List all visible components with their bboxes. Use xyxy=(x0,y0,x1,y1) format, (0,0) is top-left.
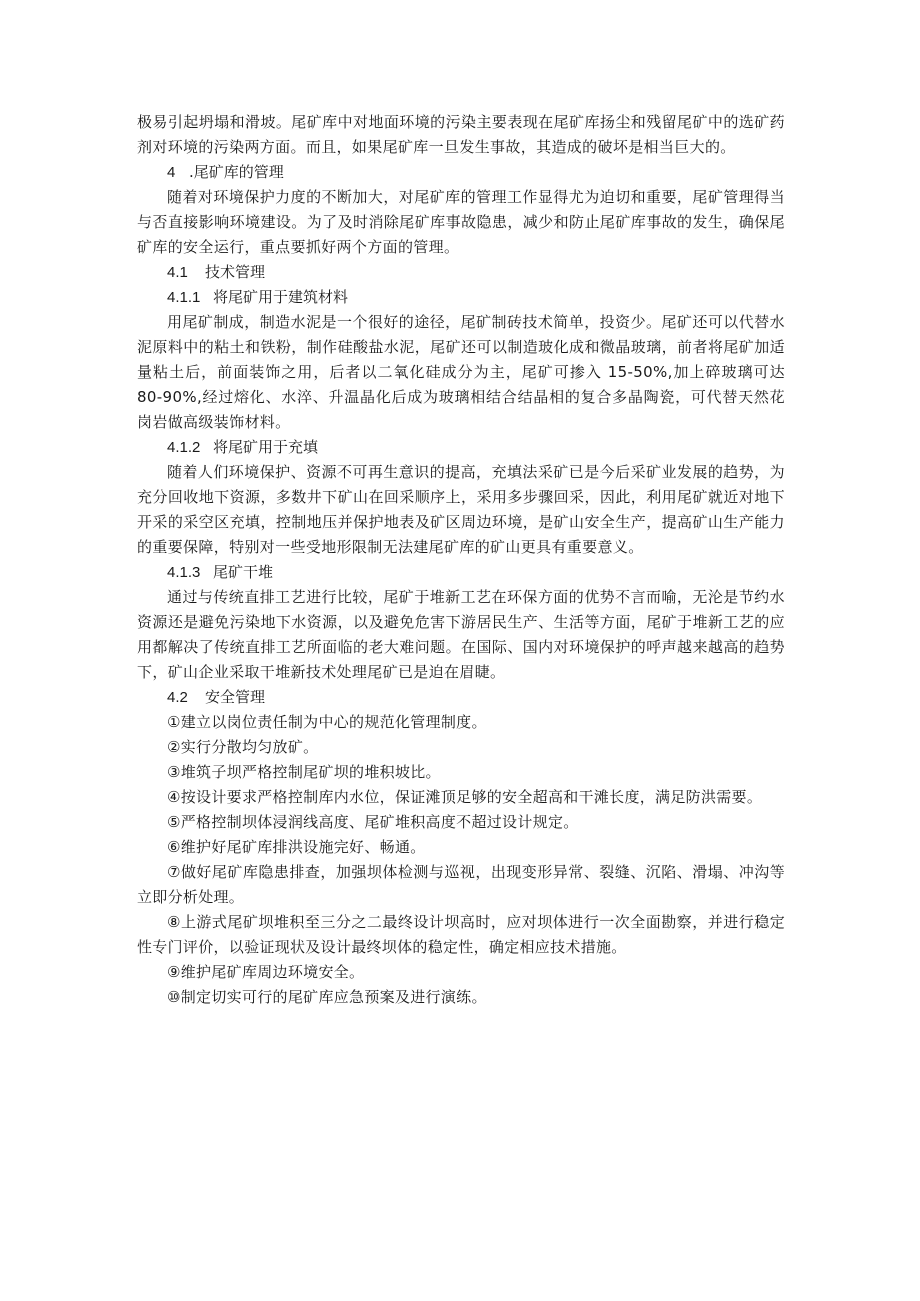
safety-management-list: ①建立以岗位责任制为中心的规范化管理制度。 ②实行分散均匀放矿。 ③堆筑子坝严格… xyxy=(137,710,785,1010)
section-4-1-3-heading: 4.1.3尾矿干堆 xyxy=(137,560,785,585)
document-page: 极易引起坍塌和滑坡。尾矿库中对地面环境的污染主要表现在尾矿库扬尘和残留尾矿中的选… xyxy=(137,110,785,1010)
list-item: ⑩制定切实可行的尾矿库应急预案及进行演练。 xyxy=(137,985,785,1010)
section-4-1-heading: 4.1技术管理 xyxy=(137,260,785,285)
list-item: ④按设计要求严格控制库内水位，保证滩顶足够的安全超高和干滩长度，满足防洪需要。 xyxy=(137,785,785,810)
list-item: ③堆筑子坝严格控制尾矿坝的堆积坡比。 xyxy=(137,760,785,785)
section-title: 将尾矿用于建筑材料 xyxy=(213,288,348,306)
section-number: 4.1.1 xyxy=(167,285,213,310)
section-4-1-3-paragraph: 通过与传统直排工艺进行比较，尾矿于堆新工艺在环保方面的优势不言而喻，无沦是节约水… xyxy=(137,585,785,685)
list-item: ⑦做好尾矿库隐患排查，加强坝体检测与巡视，出现变形异常、裂缝、沉陷、滑塌、冲沟等… xyxy=(137,860,785,910)
section-4-heading: 4.尾矿库的管理 xyxy=(137,160,785,185)
section-number: 4.2 xyxy=(167,685,205,710)
section-title: 将尾矿用于充填 xyxy=(213,438,318,456)
list-item: ⑨维护尾矿库周边环境安全。 xyxy=(137,960,785,985)
section-4-2-heading: 4.2安全管理 xyxy=(137,685,785,710)
list-item: ⑥维护好尾矿库排洪设施完好、畅通。 xyxy=(137,835,785,860)
section-4-paragraph: 随着对环境保护力度的不断加大，对尾矿库的管理工作显得尤为迫切和重要，尾矿管理得当… xyxy=(137,185,785,260)
section-4-1-1-heading: 4.1.1将尾矿用于建筑材料 xyxy=(137,285,785,310)
section-title: 安全管理 xyxy=(205,688,265,706)
section-4-1-2-heading: 4.1.2将尾矿用于充填 xyxy=(137,435,785,460)
section-4-1-1-paragraph: 用尾矿制成，制造水泥是一个很好的途径，尾矿制砖技术简单，投资少。尾矿还可以代替水… xyxy=(137,310,785,435)
section-title: 尾矿干堆 xyxy=(213,563,273,581)
section-number: 4.1.2 xyxy=(167,435,213,460)
section-title: 技术管理 xyxy=(205,263,265,281)
section-title: .尾矿库的管理 xyxy=(189,163,284,181)
list-item: ①建立以岗位责任制为中心的规范化管理制度。 xyxy=(137,710,785,735)
list-item: ⑤严格控制坝体浸润线高度、尾矿堆积高度不超过设计规定。 xyxy=(137,810,785,835)
section-4-1-2-paragraph: 随着人们环境保护、资源不可再生意识的提高，充填法采矿已是今后采矿业发展的趋势，为… xyxy=(137,460,785,560)
section-number: 4.1.3 xyxy=(167,560,213,585)
list-item: ②实行分散均匀放矿。 xyxy=(137,735,785,760)
list-item: ⑧上游式尾矿坝堆积至三分之二最终设计坝高时，应对坝体进行一次全面勘察，并进行稳定… xyxy=(137,910,785,960)
section-number: 4.1 xyxy=(167,260,205,285)
section-number: 4 xyxy=(167,160,189,185)
intro-paragraph: 极易引起坍塌和滑坡。尾矿库中对地面环境的污染主要表现在尾矿库扬尘和残留尾矿中的选… xyxy=(137,110,785,160)
